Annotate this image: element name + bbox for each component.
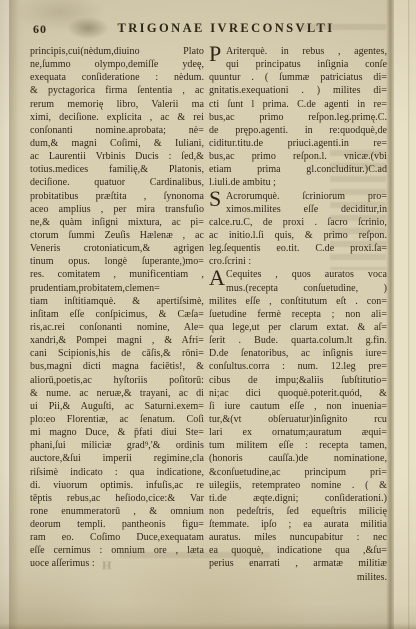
- text-line: ximos.milites eſſe deciditur,in: [209, 203, 387, 216]
- text-line: & nume. ac neruæ,& trayani, ac di: [30, 387, 204, 400]
- text-line: l.iuli.de ambitu ;: [209, 176, 387, 189]
- text-line: res. comitatem , munificentiam ,: [30, 268, 204, 281]
- text-line: cti ſunt l prima. C.de agenti in re=: [209, 98, 387, 111]
- text-line: non pedeſtris, ſed equeſtris milicię: [209, 505, 387, 518]
- text-line: cibus de impu;&aliis ſubſtitutio=: [209, 374, 387, 387]
- text-column-left: principis,cui(nèdum,diuino Platone,ſummo…: [30, 45, 204, 571]
- text-line: Veneris crotoniaticum,& agrigen: [30, 242, 204, 255]
- text-line: tum militem eſſe : recepta tamen,: [209, 439, 387, 452]
- text-line: gnitatis.exequationi . ) milites di=: [209, 84, 387, 97]
- text-line: ni;ac dici quoquè.poterit.quód, &: [209, 387, 387, 400]
- running-title: TRIGONAE IVRECONSVLTI: [96, 21, 356, 36]
- text-line: ram eo. Coſimo Duce,exequatam: [30, 531, 204, 544]
- text-line: ac initio.l.ſi quis, & primo reſpon.: [209, 229, 387, 242]
- text-line: riſsimè indicato : qua indicatione,: [30, 466, 204, 479]
- text-line: phani,ſui miliciæ grad⁹,'& ordinis: [30, 439, 204, 452]
- text-line: qui principatus inſignia conſe: [209, 58, 387, 71]
- text-line: ſerit . Bude. quarta.colum.lt g.fin.: [209, 334, 387, 347]
- text-line: bus,ac primo reſpon.leg.primę.C.: [209, 111, 387, 124]
- text-line: ea quoquè, indicatione qua ,&ſu=: [209, 544, 387, 557]
- text-line: ac Laurentii Vrbinis Ducis : ſed,&: [30, 150, 204, 163]
- text-line: totius.medices familię,& Platonis,: [30, 163, 204, 176]
- catchword: milites.: [209, 571, 387, 584]
- page-bottom-edge-shadow: [0, 623, 416, 629]
- text-line: dum,& magni Coſimi, & Iuliani,: [30, 137, 204, 150]
- text-line: (honoris cauſſa.)de nominatione,: [209, 452, 387, 465]
- text-line: principis,cui(nèdum,diuino Plato: [30, 45, 204, 58]
- text-line: mus.(recepta conſuetudine, ): [209, 282, 387, 295]
- text-line: bus,ac primo reſpon.l. vnicæ.(vbi: [209, 150, 387, 163]
- text-line: xandri,& Pompei magni , & Afri=: [30, 334, 204, 347]
- page-right-edge-line: [408, 0, 410, 629]
- text-line: rone enummeratorū , & omnium: [30, 505, 204, 518]
- text-line: ciditur.titu.de priuci.agenti.in re=: [209, 137, 387, 150]
- text-line: cro.ſcrini :: [209, 255, 387, 268]
- text-line: ris,ac.rei conſonanti nomine, Ale=: [30, 321, 204, 334]
- text-line: plo:eo Florentiæ, ac ſenatum. Coſi: [30, 413, 204, 426]
- text-line: exequata conſideratione : nèdum.: [30, 71, 204, 84]
- text-line: ſi iure cautum eſſe , non inuenia=: [209, 400, 387, 413]
- text-line: ctorum ſummi Zeuſis Hælenæ , ac: [30, 229, 204, 242]
- text-line: ſuetudine fermè recepta ; non ali=: [209, 308, 387, 321]
- page-header: 60 TRIGONAE IVRECONSVLTI: [0, 21, 416, 41]
- drop-cap-initial: A: [209, 266, 225, 290]
- text-line: etiam prima gl.concluditur.)C.ad: [209, 163, 387, 176]
- text-line: auctore,&ſui imperii regimine,cla: [30, 452, 204, 465]
- text-line: di. viuorum optimis. infuſis,ac re: [30, 479, 204, 492]
- text-line: de prępo.agenti. in re:quodquè,de: [209, 124, 387, 137]
- text-line: uoce aſſerimus :: [30, 557, 204, 570]
- folio-number: 60: [33, 22, 47, 37]
- text-line: bus,magni dicti magna faciētis!, &: [30, 360, 204, 373]
- text-line: inſitam eſſe conſpicimus, & Cæſa=: [30, 308, 204, 321]
- text-line: &conſuetudine,ac principum pri=: [209, 466, 387, 479]
- text-line: leg.ſequentis eo.tit. C.de proxi.ſa=: [209, 242, 387, 255]
- text-line: milites eſſe , conſtitutum eſt . con=: [209, 295, 387, 308]
- text-line: aliorū,poetis,ac hyſtoriis poſitorū:: [30, 374, 204, 387]
- text-line: Acrorumquè. ſcriniorum pro=: [209, 190, 387, 203]
- text-line: tiam inſtitiamquè. & apertiſsimè,: [30, 295, 204, 308]
- text-line: ſtemmate. ipſo ; ea aurata militia: [209, 518, 387, 531]
- text-line: calce.ru.C, de proxi . ſacro ſcrinio,: [209, 216, 387, 229]
- page-crease: [386, 0, 394, 629]
- text-line: ti.de æqte.digni; conſiderationi.): [209, 492, 387, 505]
- drop-cap-initial: S: [209, 187, 225, 211]
- text-line: & pyctagorica firma ſententia , ac: [30, 84, 204, 97]
- drop-cap-initial: P: [209, 42, 225, 66]
- text-line: uilegiis, retemprateo nomine . ( &: [209, 479, 387, 492]
- text-line: aceo amplius , per mira transfuſio: [30, 203, 204, 216]
- text-line: lari ex ornatum;auratum æqui=: [209, 426, 387, 439]
- text-line: eſſe cernimus : omnium ore , læta: [30, 544, 204, 557]
- text-line: deciſione. quatuor Cardinalibus,: [30, 176, 204, 189]
- text-line: Ariterquè. in rebus , agentes,: [209, 45, 387, 58]
- text-line: conſultus.corra : num. 12.leg pre=: [209, 360, 387, 373]
- text-line: auratus. miles nuncupabitur : nec: [209, 531, 387, 544]
- page-right-margin-strip: [394, 0, 416, 629]
- page-left-edge-shadow: [9, 0, 19, 629]
- text-line: prudentiam,probitatem,clemen=: [30, 282, 204, 295]
- text-line: rerum memorię libro, Valerii ma: [30, 98, 204, 111]
- text-line: probitatibus præſtita , ſynonoma: [30, 190, 204, 203]
- text-column-right: Ariterquè. in rebus , agentes,qui princi…: [209, 45, 387, 584]
- text-line: ui Pii,& Auguſti, ac Saturni.exem=: [30, 400, 204, 413]
- text-line: perius enarrati , armatæ militiæ: [209, 557, 387, 570]
- text-line: tēptis rebus,ac heſiodo,cice:& Var: [30, 492, 204, 505]
- page-left-edge: [0, 0, 9, 629]
- text-line: cani Scipionis,his de cāſis,& rōni=: [30, 347, 204, 360]
- text-line: conſonanti nomine.aprobata; nè=: [30, 124, 204, 137]
- text-line: ximi, deciſione. explicita , ac & rei: [30, 111, 204, 124]
- text-line: ne,& quàm inſigni mixtura, ac pi=: [30, 216, 204, 229]
- text-line: ne,ſummo olympo,demiſſe ydeę,: [30, 58, 204, 71]
- text-line: D.de ſenatoribus, ac inſignis iure=: [209, 347, 387, 360]
- text-line: deorum templi. pantheonis figu=: [30, 518, 204, 531]
- book-page-scan: H 60 TRIGONAE IVRECONSVLTI principis,cui…: [0, 0, 416, 629]
- text-line: quuntur . ( ſummæ patriciatus di=: [209, 71, 387, 84]
- text-line: qua lege,ut per clarum extat. & aſ=: [209, 321, 387, 334]
- text-line: tur,&(vt obſeruatur)inſignito rcu: [209, 413, 387, 426]
- text-line: Cequites , quos auratos voca: [209, 268, 387, 281]
- text-line: mi magno Duce, & p̄fati diui Ste=: [30, 426, 204, 439]
- text-line: tinum opus. longè ſuperante,)mo=: [30, 255, 204, 268]
